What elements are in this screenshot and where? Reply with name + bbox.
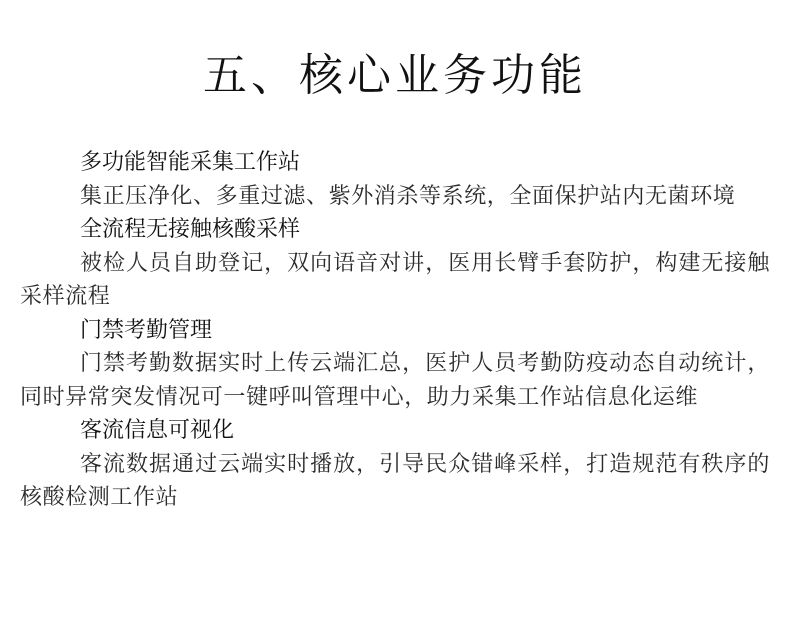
page-title: 五、核心业务功能 [0, 46, 790, 106]
section-body: 被检人员自助登记，双向语音对讲，医用长臂手套防护，构建无接触采样流程 [20, 247, 770, 314]
feature-list: 多功能智能采集工作站 集正压净化、多重过滤、紫外消杀等系统，全面保护站内无菌环境… [20, 146, 770, 515]
section-heading: 全流程无接触核酸采样 [20, 213, 770, 247]
section-heading: 多功能智能采集工作站 [20, 146, 770, 180]
feature-section-traffic-visualization: 客流信息可视化 客流数据通过云端实时播放，引导民众错峰采样，打造规范有秩序的核酸… [20, 414, 770, 515]
feature-section-access-attendance: 门禁考勤管理 门禁考勤数据实时上传云端汇总，医护人员考勤防疫动态自动统计，同时异… [20, 314, 770, 415]
section-body: 门禁考勤数据实时上传云端汇总，医护人员考勤防疫动态自动统计，同时异常突发情况可一… [20, 347, 770, 414]
section-body: 集正压净化、多重过滤、紫外消杀等系统，全面保护站内无菌环境 [20, 180, 770, 214]
section-heading: 门禁考勤管理 [20, 314, 770, 348]
section-body: 客流数据通过云端实时播放，引导民众错峰采样，打造规范有秩序的核酸检测工作站 [20, 448, 770, 515]
section-heading: 客流信息可视化 [20, 414, 770, 448]
feature-section-collection-station: 多功能智能采集工作站 集正压净化、多重过滤、紫外消杀等系统，全面保护站内无菌环境 [20, 146, 770, 213]
feature-section-contactless-sampling: 全流程无接触核酸采样 被检人员自助登记，双向语音对讲，医用长臂手套防护，构建无接… [20, 213, 770, 314]
